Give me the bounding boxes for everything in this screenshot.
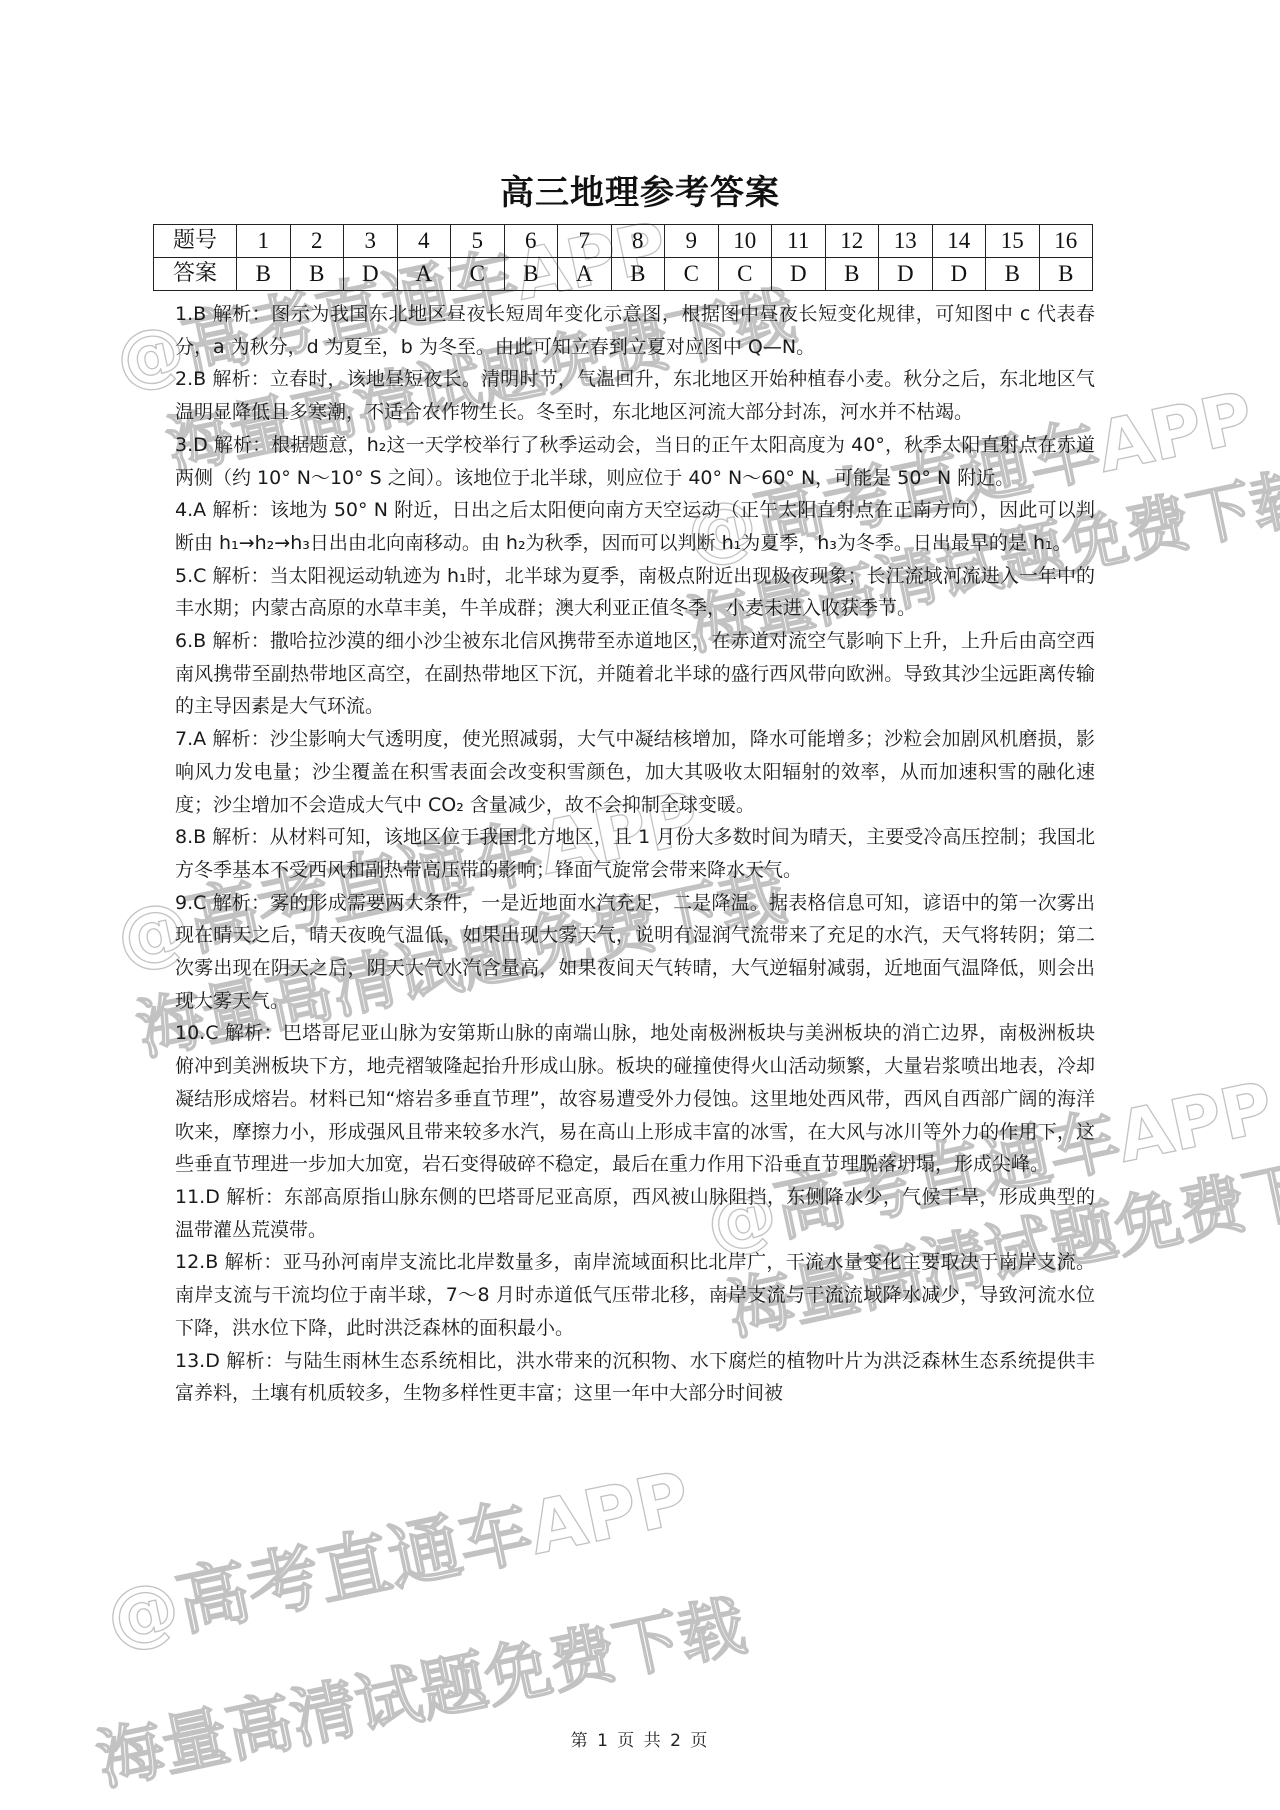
explanation-4: 4.A 解析：该地为 50° N 附近，日出之后太阳便向南方天空运动（正午太阳直… xyxy=(175,494,1095,559)
answer-cell: D xyxy=(772,258,826,291)
answer-cell: B xyxy=(825,258,879,291)
answer-row: 答案 B B D A C B A B C C D B D D B B xyxy=(154,258,1093,291)
question-number: 3 xyxy=(344,225,398,258)
explanation-5: 5.C 解析：当太阳视运动轨迹为 h₁时，北半球为夏季，南极点附近出现极夜现象；… xyxy=(175,560,1095,625)
answer-cell: B xyxy=(986,258,1040,291)
document-page: @高考直通车APP 海量高清试题免费下载 @高考直通车APP 海量高清试题免费下… xyxy=(0,0,1280,1810)
question-number: 8 xyxy=(611,225,665,258)
explanation-9: 9.C 解析：雾的形成需要两大条件，一是近地面水汽充足，二是降温。据表格信息可知… xyxy=(175,887,1095,1018)
answer-table: 题号 1 2 3 4 5 6 7 8 9 10 11 12 13 14 15 1… xyxy=(153,224,1093,291)
question-number: 14 xyxy=(932,225,986,258)
explanations: 1.B 解析：图示为我国东北地区昼夜长短周年变化示意图，根据图中昼夜长短变化规律… xyxy=(175,298,1095,1410)
answer-cell: A xyxy=(558,258,612,291)
answer-cell: C xyxy=(665,258,719,291)
question-number: 1 xyxy=(237,225,291,258)
question-number: 6 xyxy=(504,225,558,258)
page-number: 第 1 页 共 2 页 xyxy=(0,1726,1280,1751)
question-number: 7 xyxy=(558,225,612,258)
watermark: @高考直通车APP xyxy=(96,1439,698,1664)
row-header: 答案 xyxy=(154,258,237,291)
answer-cell: B xyxy=(611,258,665,291)
explanation-13: 13.D 解析：与陆生雨林生态系统相比，洪水带来的沉积物、水下腐烂的植物叶片为洪… xyxy=(175,1345,1095,1410)
answer-cell: B xyxy=(504,258,558,291)
row-header: 题号 xyxy=(154,225,237,258)
answer-cell: C xyxy=(451,258,505,291)
question-number: 10 xyxy=(718,225,772,258)
question-number: 12 xyxy=(825,225,879,258)
answer-cell: D xyxy=(344,258,398,291)
explanation-7: 7.A 解析：沙尘影响大气透明度，使光照减弱，大气中凝结核增加，降水可能增多；沙… xyxy=(175,723,1095,821)
explanation-10: 10.C 解析：巴塔哥尼亚山脉为安第斯山脉的南端山脉，地处南极洲板块与美洲板块的… xyxy=(175,1017,1095,1181)
answer-cell: D xyxy=(932,258,986,291)
explanation-8: 8.B 解析：从材料可知，该地区位于我国北方地区，且 1 月份大多数时间为晴天，… xyxy=(175,821,1095,886)
explanation-2: 2.B 解析：立春时，该地昼短夜长。清明时节，气温回升，东北地区开始种植春小麦。… xyxy=(175,363,1095,428)
answer-cell: B xyxy=(1039,258,1093,291)
explanation-6: 6.B 解析：撒哈拉沙漠的细小沙尘被东北信风携带至赤道地区，在赤道对流空气影响下… xyxy=(175,625,1095,723)
explanation-11: 11.D 解析：东部高原指山脉东侧的巴塔哥尼亚高原，西风被山脉阻挡，东侧降水少，… xyxy=(175,1181,1095,1246)
question-number: 2 xyxy=(290,225,344,258)
watermark: 海量高清试题免费下载 xyxy=(87,1572,752,1802)
question-number: 5 xyxy=(451,225,505,258)
question-number: 13 xyxy=(879,225,933,258)
question-number: 11 xyxy=(772,225,826,258)
question-number: 16 xyxy=(1039,225,1093,258)
question-number: 15 xyxy=(986,225,1040,258)
explanation-1: 1.B 解析：图示为我国东北地区昼夜长短周年变化示意图，根据图中昼夜长短变化规律… xyxy=(175,298,1095,363)
answer-cell: B xyxy=(237,258,291,291)
answer-cell: D xyxy=(879,258,933,291)
page-title: 高三地理参考答案 xyxy=(0,165,1280,214)
answer-cell: B xyxy=(290,258,344,291)
question-number: 9 xyxy=(665,225,719,258)
explanation-3: 3.D 解析：根据题意，h₂这一天学校举行了秋季运动会，当日的正午太阳高度为 4… xyxy=(175,429,1095,494)
question-number: 4 xyxy=(397,225,451,258)
explanation-12: 12.B 解析：亚马孙河南岸支流比北岸数量多，南岸流域面积比北岸广，干流水量变化… xyxy=(175,1246,1095,1344)
answer-cell: C xyxy=(718,258,772,291)
answer-cell: A xyxy=(397,258,451,291)
question-number-row: 题号 1 2 3 4 5 6 7 8 9 10 11 12 13 14 15 1… xyxy=(154,225,1093,258)
